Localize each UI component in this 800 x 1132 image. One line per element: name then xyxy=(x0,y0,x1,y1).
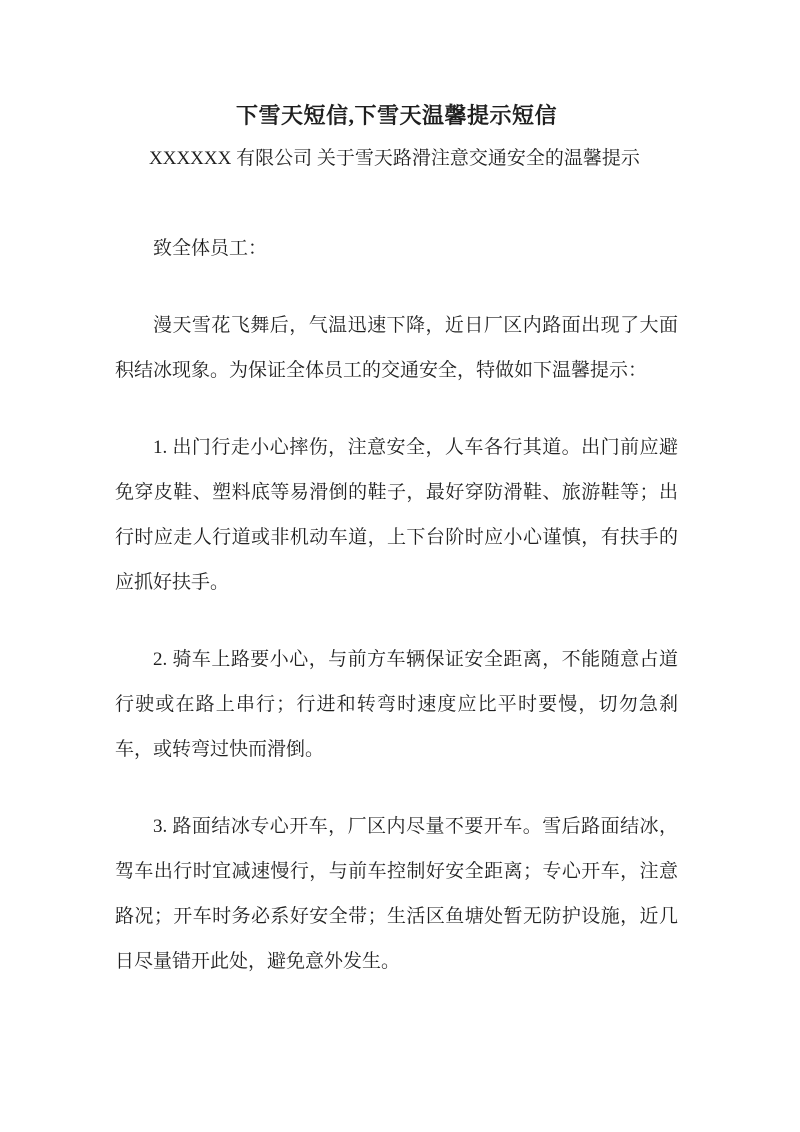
tip-paragraph-3: 3. 路面结冰专心开车，厂区内尽量不要开车。雪后路面结冰，驾车出行时宜减速慢行，… xyxy=(115,804,678,984)
document-subtitle: XXXXXX 有限公司 关于雪天路滑注意交通安全的温馨提示 xyxy=(115,136,678,181)
salutation-line: 致全体员工： xyxy=(115,226,678,271)
tip-paragraph-1: 1. 出门行走小心摔伤，注意安全，人车各行其道。出门前应避免穿皮鞋、塑料底等易滑… xyxy=(115,425,678,605)
tip-paragraph-2: 2. 骑车上路要小心，与前方车辆保证安全距离，不能随意占道行驶或在路上串行；行进… xyxy=(115,637,678,772)
document-title: 下雪天短信,下雪天温馨提示短信 xyxy=(115,100,678,132)
intro-paragraph: 漫天雪花飞舞后，气温迅速下降，近日厂区内路面出现了大面积结冰现象。为保证全体员工… xyxy=(115,303,678,393)
document-page: 下雪天短信,下雪天温馨提示短信 XXXXXX 有限公司 关于雪天路滑注意交通安全… xyxy=(0,0,800,1132)
